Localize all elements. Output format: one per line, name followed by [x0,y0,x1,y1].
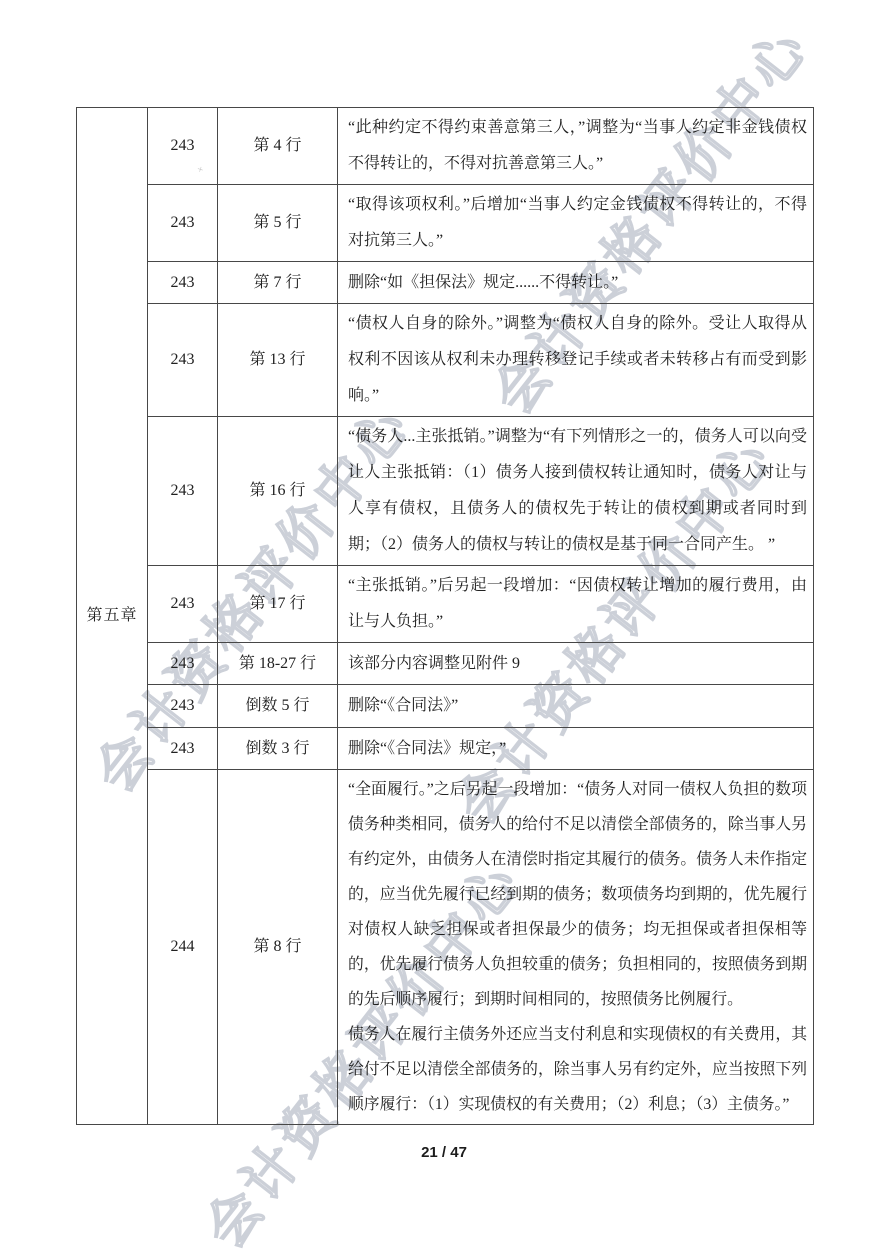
page-number-cell: 243 [148,304,218,417]
amendments-table: 第五章243 第 4 行 “此种约定不得约束善意第三人，”调整为“当事人约定非金… [76,107,814,1125]
change-content-cell: “主张抵销。”后另起一段增加：“因债权转让增加的履行费用，由让与人负担。” [338,566,814,643]
table-row: 243 第 5 行 “取得该项权利。”后增加“当事人约定金钱债权不得转让的，不得… [77,185,814,262]
page-number-cell: 243 [148,262,218,304]
line-number-cell: 第 18-27 行 [218,643,338,685]
page-number-cell: 243 [148,566,218,643]
change-content-cell: “全面履行。”之后另起一段增加：“债务人对同一债权人负担的数项债务种类相同，债务… [338,770,814,1125]
line-number-cell: 第 4 行 [218,108,338,185]
change-content-cell: “此种约定不得约束善意第三人，”调整为“当事人约定非金钱债权不得转让的，不得对抗… [338,108,814,185]
page-number-cell: 243 [148,108,218,185]
change-content-cell: 该部分内容调整见附件 9 [338,643,814,685]
change-content-cell: “取得该项权利。”后增加“当事人约定金钱债权不得转让的，不得对抗第三人。” [338,185,814,262]
page-number-cell: 243 [148,643,218,685]
change-content-cell: “债务人...主张抵销。”调整为“有下列情形之一的，债务人可以向受让人主张抵销：… [338,417,814,566]
change-content-cell: 删除“如《担保法》规定......不得转让。” [338,262,814,304]
content-paragraph: “债权人自身的除外。”调整为“债权人自身的除外。受让人取得从权利不因该从权利未办… [348,306,807,414]
change-content-cell: 删除“《合同法》规定，” [338,728,814,770]
page-number-cell: 243 [148,728,218,770]
page-number-cell: 243 [148,417,218,566]
table-row: 243 倒数 5 行 删除“《合同法》” [77,685,814,728]
table-row: 244 第 8 行 “全面履行。”之后另起一段增加：“债务人对同一债权人负担的数… [77,770,814,1125]
table-row: 243 第 13 行 “债权人自身的除外。”调整为“债权人自身的除外。受让人取得… [77,304,814,417]
page-number-cell: 244 [148,770,218,1125]
table-row: 243 第 17 行 “主张抵销。”后另起一段增加：“因债权转让增加的履行费用，… [77,566,814,643]
change-content-cell: “债权人自身的除外。”调整为“债权人自身的除外。受让人取得从权利不因该从权利未办… [338,304,814,417]
content-paragraph: 债务人在履行主债务外还应当支付利息和实现债权的有关费用，其给付不足以清偿全部债务… [348,1017,807,1122]
line-number-cell: 第 7 行 [218,262,338,304]
table-row: 243 倒数 3 行 删除“《合同法》规定，” [77,728,814,770]
table-row: 243 第 7 行 删除“如《担保法》规定......不得转让。” [77,262,814,304]
content-paragraph: 删除“如《担保法》规定......不得转让。” [348,265,807,301]
line-number-cell: 倒数 5 行 [218,685,338,728]
table-row: 243 第 16 行 “债务人...主张抵销。”调整为“有下列情形之一的，债务人… [77,417,814,566]
line-number-cell: 第 17 行 [218,566,338,643]
content-paragraph: 该部分内容调整见附件 9 [348,646,807,682]
line-number-cell: 第 5 行 [218,185,338,262]
content-paragraph: “全面履行。”之后另起一段增加：“债务人对同一债权人负担的数项债务种类相同，债务… [348,772,807,1017]
line-number-cell: 倒数 3 行 [218,728,338,770]
footer-page-number: 21 / 47 [0,1144,888,1161]
page-number-cell: 243 [148,685,218,728]
table-row: 第五章243 第 4 行 “此种约定不得约束善意第三人，”调整为“当事人约定非金… [77,108,814,185]
change-content-cell: 删除“《合同法》” [338,685,814,728]
line-number-cell: 第 8 行 [218,770,338,1125]
content-paragraph: 删除“《合同法》” [348,688,807,724]
content-paragraph: “取得该项权利。”后增加“当事人约定金钱债权不得转让的，不得对抗第三人。” [348,187,807,259]
content-paragraph: “债务人...主张抵销。”调整为“有下列情形之一的，债务人可以向受让人主张抵销：… [348,419,807,563]
amendments-table-body: 第五章243 第 4 行 “此种约定不得约束善意第三人，”调整为“当事人约定非金… [77,108,814,1125]
document-page: 会计资格评价中心 会计资格评价中心 会计资格评价中心 会计资格评价中心 第五章2… [0,0,888,1256]
line-number-cell: 第 16 行 [218,417,338,566]
page-number-cell: 243 [148,185,218,262]
content-paragraph: “主张抵销。”后另起一段增加：“因债权转让增加的履行费用，由让与人负担。” [348,568,807,640]
content-paragraph: 删除“《合同法》规定，” [348,731,807,767]
table-row: 243 第 18-27 行 该部分内容调整见附件 9 [77,643,814,685]
content-paragraph: “此种约定不得约束善意第三人，”调整为“当事人约定非金钱债权不得转让的，不得对抗… [348,110,807,182]
line-number-cell: 第 13 行 [218,304,338,417]
chapter-cell: 第五章 [77,108,148,1125]
